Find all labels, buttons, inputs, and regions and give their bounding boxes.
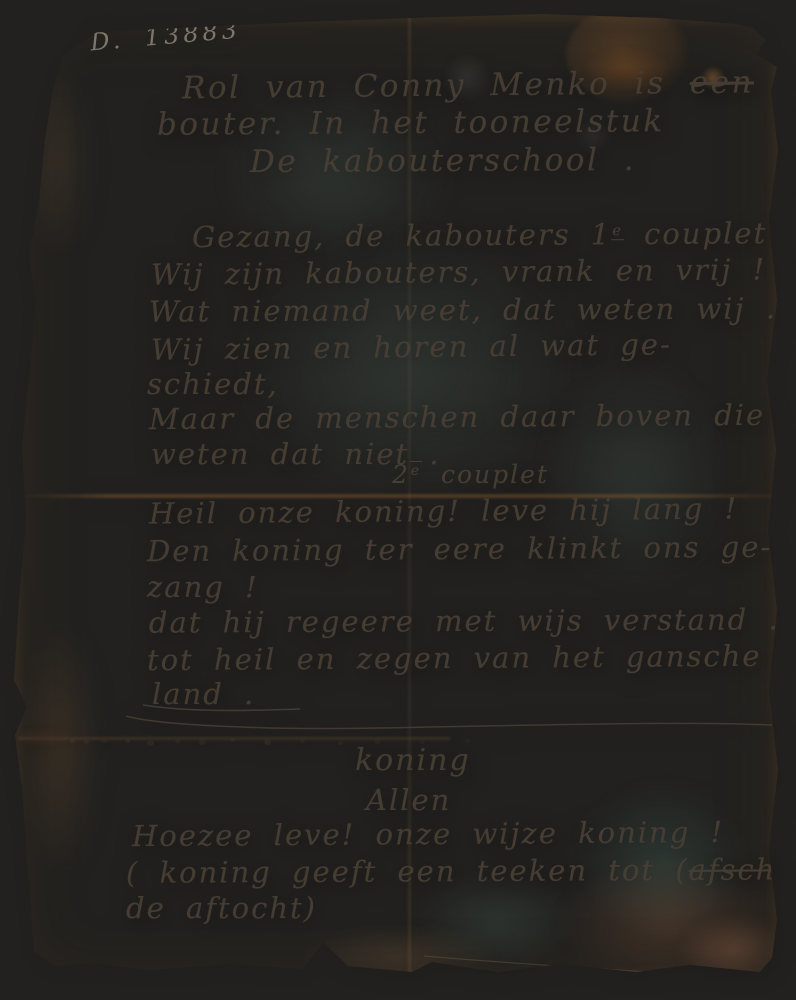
ordinal-superscript: e <box>410 461 422 479</box>
stain-tan-left-edge <box>24 615 98 880</box>
scene-line-3: de aftocht) <box>126 894 317 923</box>
edge-browning-right <box>766 0 796 1000</box>
stain-tan-left-edge <box>28 58 90 263</box>
couplet2-line-4: dat hij regeere met wijs verstand . <box>149 605 780 637</box>
edge-browning-left <box>0 0 26 1000</box>
couplet1-line-3: Wij zien en horen al wat ge- <box>151 330 672 364</box>
song-heading-end: couplet . <box>624 216 796 251</box>
couplet2-line-2: Den koning ter eere klinkt ons ge- <box>147 533 772 566</box>
ordinal-superscript: e <box>611 223 624 240</box>
title-line-3: De kabouterschool . <box>250 145 636 178</box>
speaker-koning: koning <box>355 746 471 776</box>
couplet2-word: couplet <box>422 460 549 489</box>
couplet2-line-5: tot heil en zegen van het gansche <box>147 642 762 675</box>
title-line-1: Rol van Conny Menko is een ka- <box>182 67 796 105</box>
couplet2-number: 2 <box>392 460 410 489</box>
song-heading-text: Gezang, de kabouters 1 <box>192 217 612 254</box>
document-photo: D. 13883 Rol van Conny Menko is een ka- … <box>0 0 796 1000</box>
archive-number-pencil: D. 13883 <box>89 17 242 54</box>
title-line-2: bouter. In het tooneelstuk <box>157 106 665 141</box>
paper-sheet: D. 13883 Rol van Conny Menko is een ka- … <box>0 0 796 1000</box>
couplet1-line-2: Wat niemand weet, dat weten wij . <box>149 294 777 326</box>
stain-red-speck <box>692 3 705 13</box>
title-line-1-text: Rol van Conny Menko is <box>182 65 690 106</box>
song-heading: Gezang, de kabouters 1e couplet . <box>192 219 796 252</box>
couplet1-line-5: Maar de menschen daar boven die <box>149 401 765 434</box>
scene-line-2-text: ( koning geeft een teeken tot ( <box>126 853 689 890</box>
fold-dirt-smudge <box>16 730 72 744</box>
couplet2-line-3: zang ! <box>147 573 259 602</box>
speaker-allen: Allen <box>366 786 451 815</box>
stain-red-speck <box>538 3 556 13</box>
fold-dirt-specks <box>70 739 75 743</box>
stain-red-speck <box>146 7 162 17</box>
couplet1-line-1: Wij zijn kabouters, vrank en vrij ! <box>151 255 766 289</box>
scene-line-1: Hoezee leve! onze wijze koning ! <box>132 818 724 851</box>
couplet2-line-1: Heil onze koning! leve hij lang ! <box>149 494 738 528</box>
struck-word: een <box>690 64 755 101</box>
title-line-1-end: ka- <box>754 64 796 101</box>
struck-word: afscheid <box>689 852 796 887</box>
pencil-line-bottom <box>420 950 770 990</box>
edge-browning-top <box>0 0 796 28</box>
couplet2-heading: 2e couplet <box>392 462 549 487</box>
couplet1-line-4: schiedt, <box>147 370 279 399</box>
edge-browning-bottom <box>0 966 796 1000</box>
scene-line-2: ( koning geeft een teeken tot (afscheid <box>126 855 796 888</box>
